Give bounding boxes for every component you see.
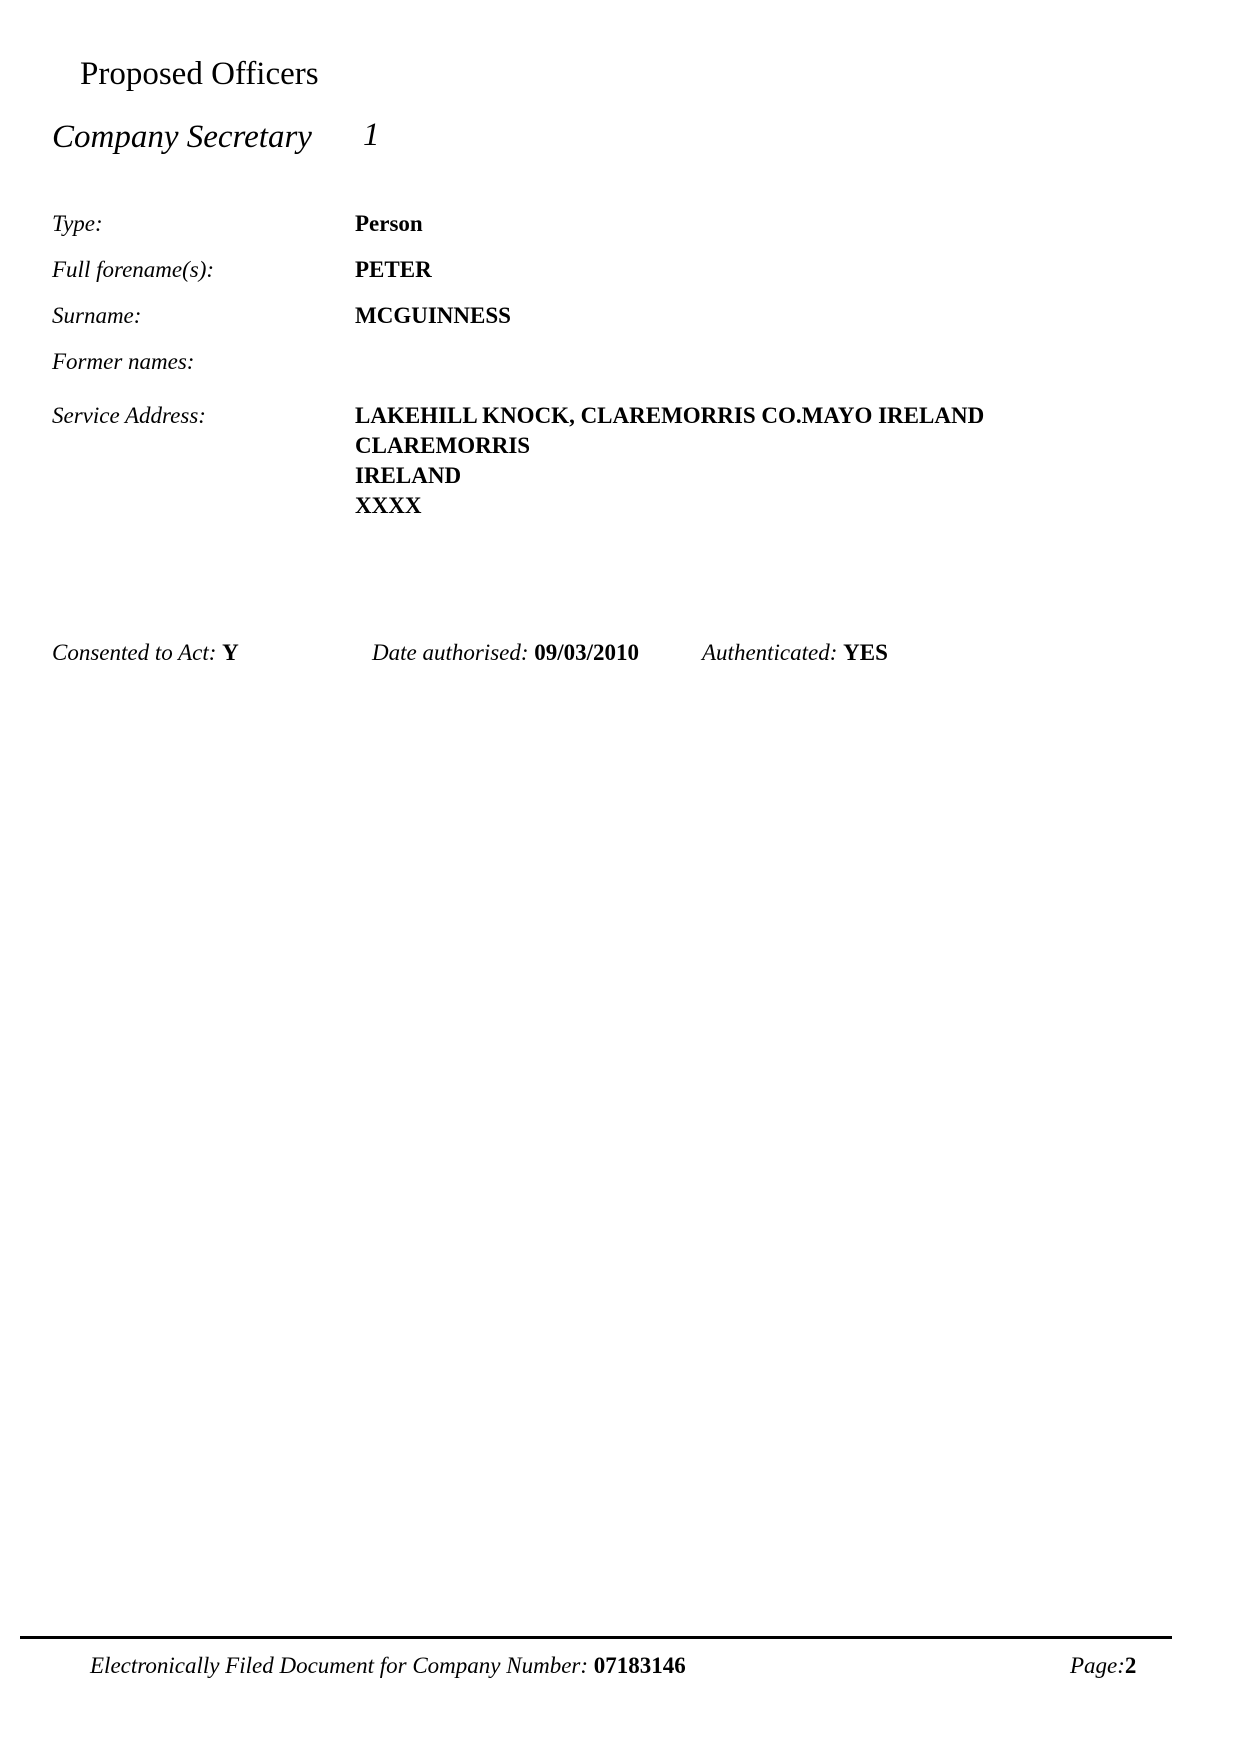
surname-value: MCGUINNESS xyxy=(355,303,511,329)
footer-company-info: Electronically Filed Document for Compan… xyxy=(90,1653,686,1679)
page-number: 2 xyxy=(1125,1653,1137,1678)
service-address-label: Service Address: xyxy=(52,403,206,429)
officer-role-heading: Company Secretary xyxy=(52,119,312,156)
address-line: IRELAND xyxy=(355,461,984,491)
date-authorised-label: Date authorised: xyxy=(372,640,529,665)
consent-row: Consented to Act: Y xyxy=(52,640,239,666)
type-value: Person xyxy=(355,211,423,237)
authenticated-value: YES xyxy=(843,640,888,665)
consented-value: Y xyxy=(222,640,239,665)
forenames-value: PETER xyxy=(355,257,432,283)
address-line: XXXX xyxy=(355,491,984,521)
former-names-label: Former names: xyxy=(52,349,194,375)
authenticated-row: Authenticated: YES xyxy=(702,640,888,666)
footer-page: Page:2 xyxy=(1070,1653,1136,1679)
authenticated-label: Authenticated: xyxy=(702,640,837,665)
page-label: Page: xyxy=(1070,1653,1125,1678)
date-authorised-row: Date authorised: 09/03/2010 xyxy=(372,640,639,666)
type-label: Type: xyxy=(52,211,103,237)
footer-text: Electronically Filed Document for Compan… xyxy=(90,1653,588,1678)
service-address-value: LAKEHILL KNOCK, CLAREMORRIS CO.MAYO IREL… xyxy=(355,401,984,521)
date-authorised-value: 09/03/2010 xyxy=(534,640,639,665)
footer-divider xyxy=(20,1636,1172,1639)
section-title: Proposed Officers xyxy=(80,56,319,93)
officer-number: 1 xyxy=(363,117,380,154)
consented-label: Consented to Act: xyxy=(52,640,216,665)
address-line: LAKEHILL KNOCK, CLAREMORRIS CO.MAYO IREL… xyxy=(355,401,984,431)
address-line: CLAREMORRIS xyxy=(355,431,984,461)
forenames-label: Full forename(s): xyxy=(52,257,214,283)
company-number: 07183146 xyxy=(594,1653,686,1678)
surname-label: Surname: xyxy=(52,303,141,329)
